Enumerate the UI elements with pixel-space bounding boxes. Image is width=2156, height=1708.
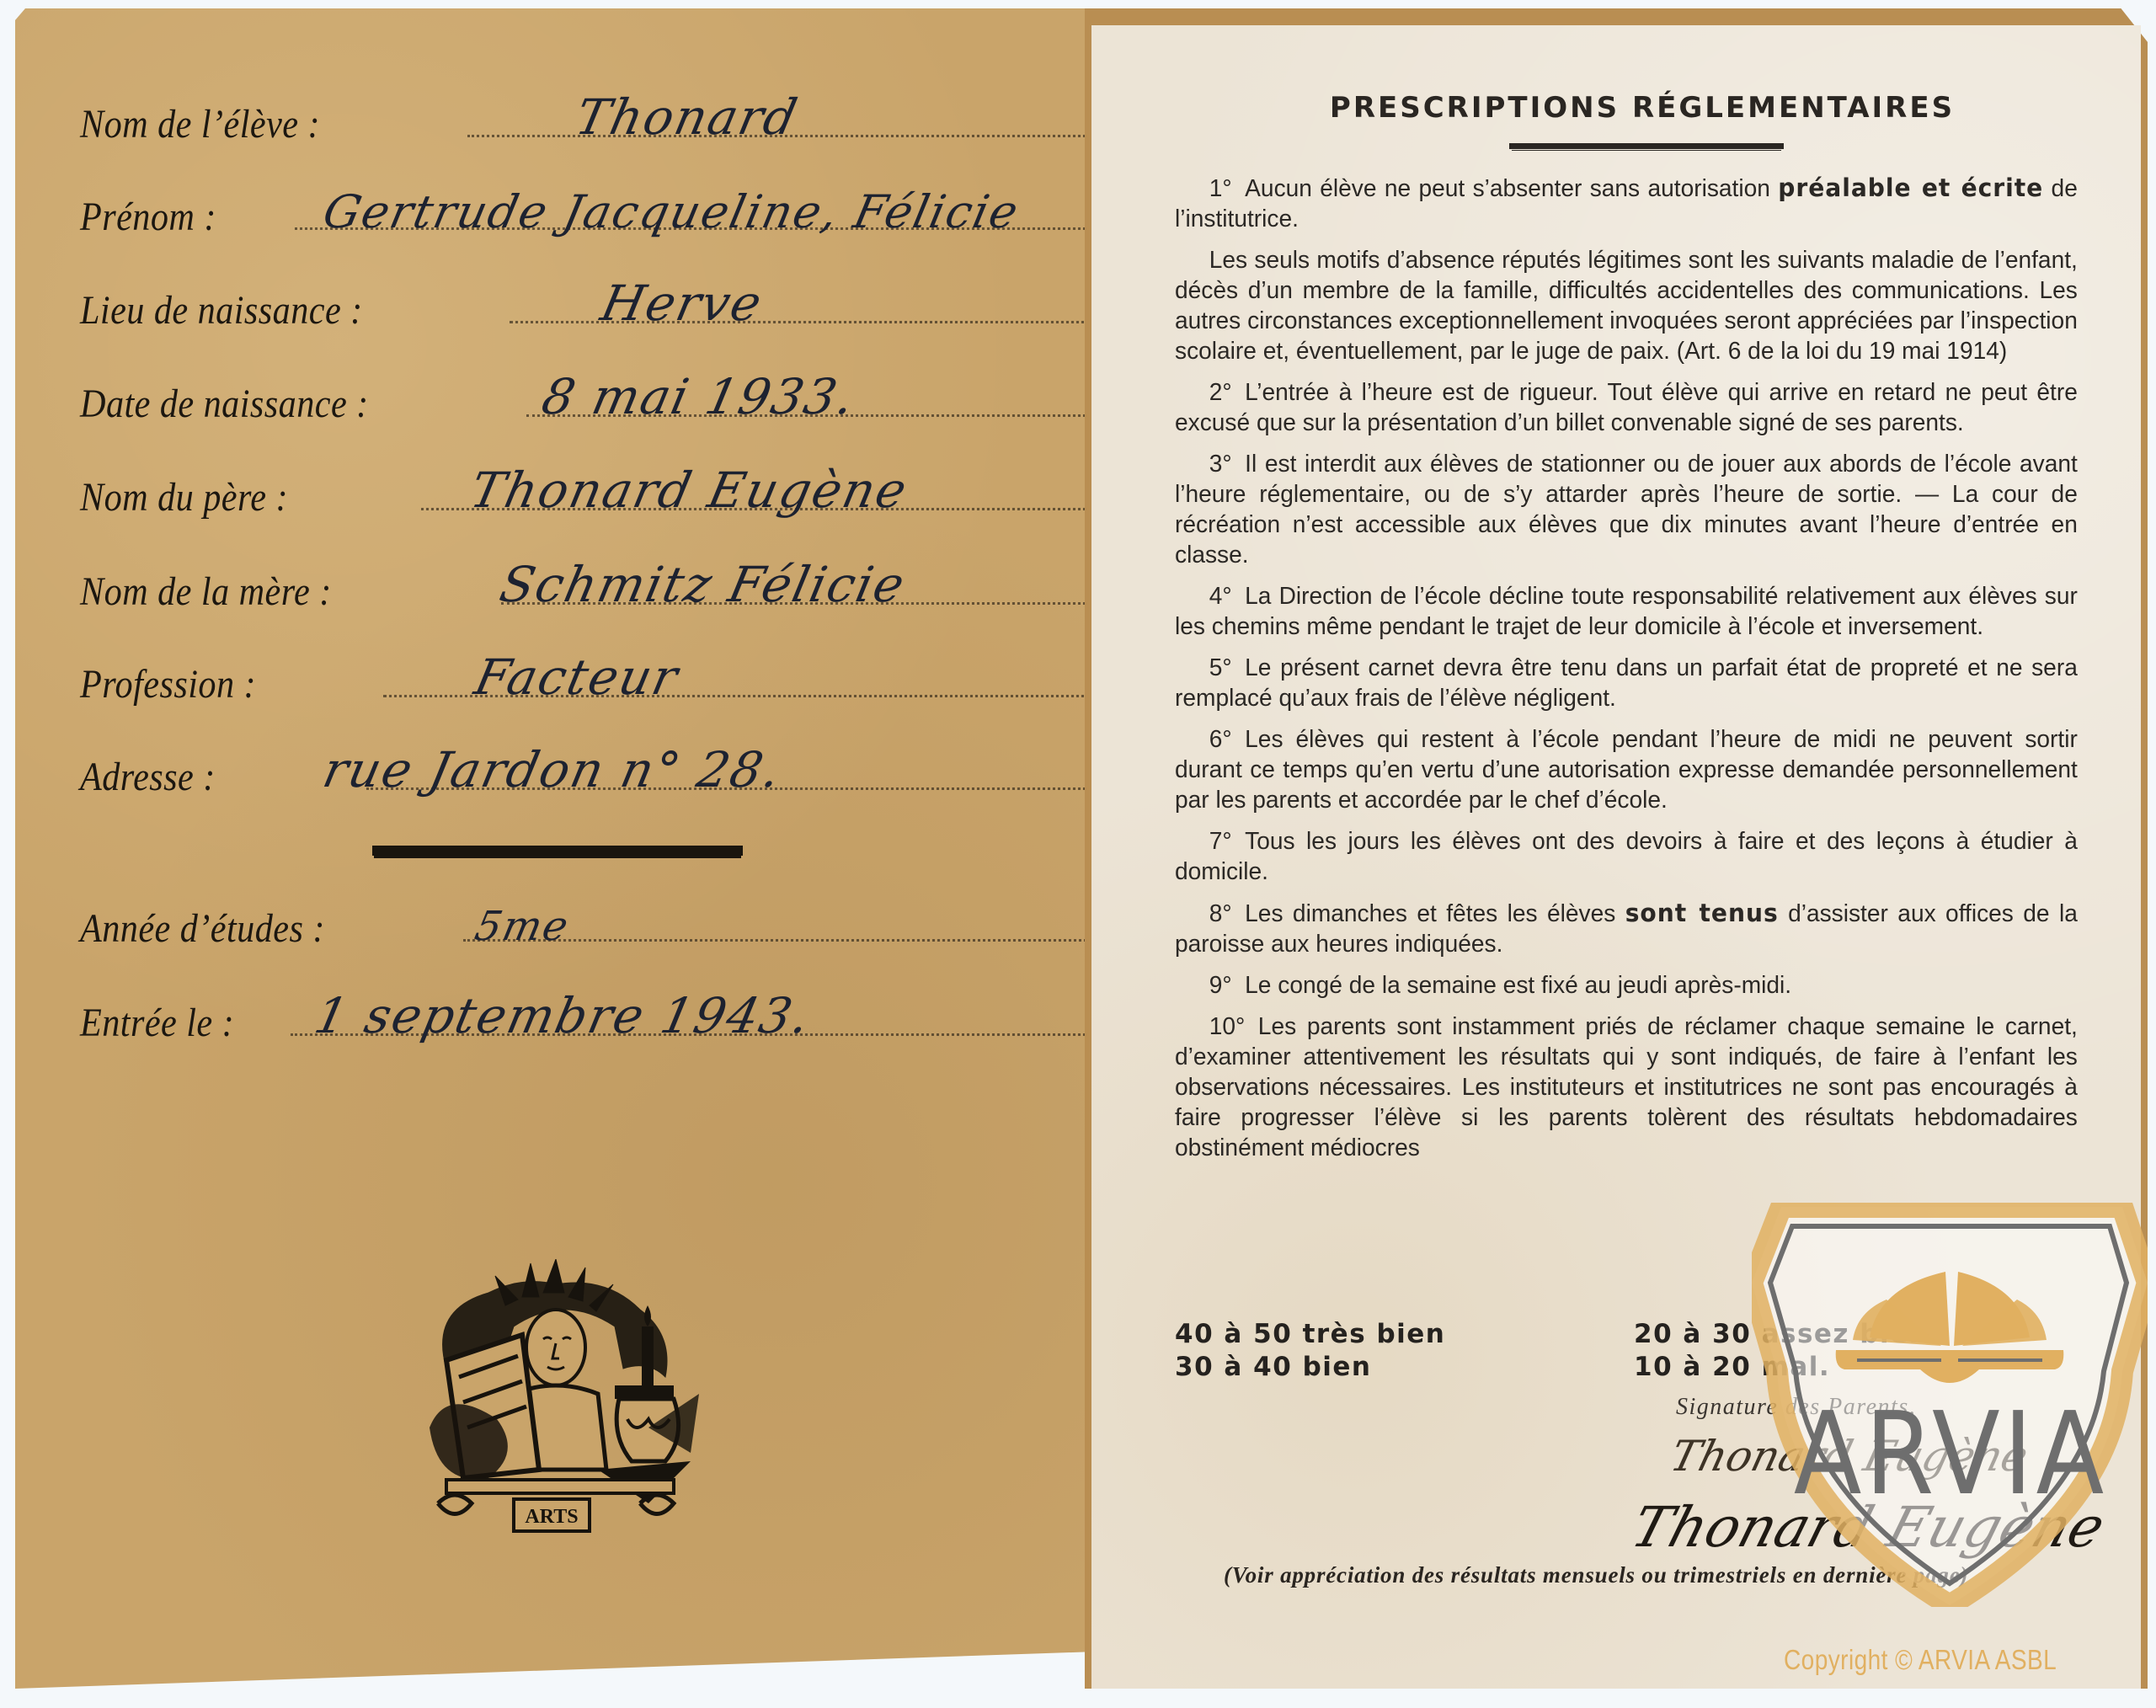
field-label: Profession : [80,661,256,707]
field-label: Année d’études : [80,905,325,952]
field-label: Prénom : [80,194,216,240]
rule-7: 7°Tous les jours les élèves ont des devo… [1175,826,2078,887]
dotted-line [510,321,1091,323]
arvia-logo-icon: ARVIA [1752,1203,2148,1607]
field-school-year: Année d’études : 5me [80,884,359,952]
field-birth-date: Date de naissance : 8 mai 1933. [80,360,408,427]
rule-8: 8°Les dimanches et fêtes les élèves sont… [1175,898,2078,959]
emblem-label: ARTS [525,1506,578,1528]
rule-3: 3°Il est interdit aux élèves de stationn… [1175,449,2078,570]
rule-9: 9°Le congé de la semaine est fixé au jeu… [1175,970,2078,1001]
rule-10: 10°Les parents sont instamment priés de … [1175,1011,2078,1163]
field-label: Date de naissance : [80,381,369,427]
field-label: Nom du père : [80,474,288,520]
handwritten-value: Thonard [571,88,803,146]
handwritten-value: 1 septembre 1943. [310,987,816,1044]
title-underline [1509,143,1784,149]
rule-4: 4°La Direction de l’école décline toute … [1175,581,2078,642]
handwritten-value: 8 mai 1933. [537,368,861,425]
handwritten-value: Herve [596,275,768,332]
field-entry-date: Entrée le : 1 septembre 1943. [80,979,255,1046]
rule-2: 2°L’entrée à l’heure est de rigueur. Tou… [1175,377,2078,438]
field-label: Nom de l’élève : [80,101,320,147]
handwritten-value: 5me [471,903,574,950]
handwritten-value: Schmitz Félicie [495,556,911,613]
field-label: Adresse : [80,754,216,800]
rule-5: 5°Le présent carnet devra être tenu dans… [1175,653,2078,713]
field-label: Entrée le : [80,1000,234,1046]
handwritten-value: Gertrude Jacqueline, Félicie [318,185,1024,238]
field-label: Nom de la mère : [80,568,332,615]
handwritten-value: rue Jardon n° 28. [318,741,787,798]
rule-1: 1°Aucun élève ne peut s’absenter sans au… [1175,173,2078,234]
field-student-name: Nom de l’élève : Thonard [80,80,353,147]
page-title: PRESCRIPTIONS RÉGLEMENTAIRES [1263,91,2021,125]
field-profession: Profession : Facteur [80,640,280,707]
logo-text: ARVIA [1794,1387,2107,1520]
field-birth-place: Lieu de naissance : Herve [80,266,401,334]
field-label: Lieu de naissance : [80,287,363,334]
rule-6: 6°Les élèves qui restent à l’école penda… [1175,724,2078,815]
rule-1-detail: Les seuls motifs d’absence réputés légit… [1175,245,2078,366]
field-first-name: Prénom : Gertrude Jacqueline, Félicie [80,173,235,240]
grade-range: 40 à 50 très bien [1175,1318,1634,1351]
cover-divider [372,846,743,856]
copyright-notice: Copyright © ARVIA ASBL [1784,1644,2057,1676]
handwritten-value: Thonard Eugène [466,462,913,519]
regulations-list: 1°Aucun élève ne peut s’absenter sans au… [1175,173,2105,1174]
arts-emblem-icon: ARTS [396,1259,716,1545]
field-mother-name: Nom de la mère : Schmitz Félicie [80,547,366,615]
field-father-name: Nom du père : Thonard Eugène [80,453,317,520]
handwritten-value: Facteur [470,649,685,706]
grade-range: 30 à 40 bien [1175,1351,1634,1384]
field-address: Adresse : rue Jardon n° 28. [80,733,234,800]
